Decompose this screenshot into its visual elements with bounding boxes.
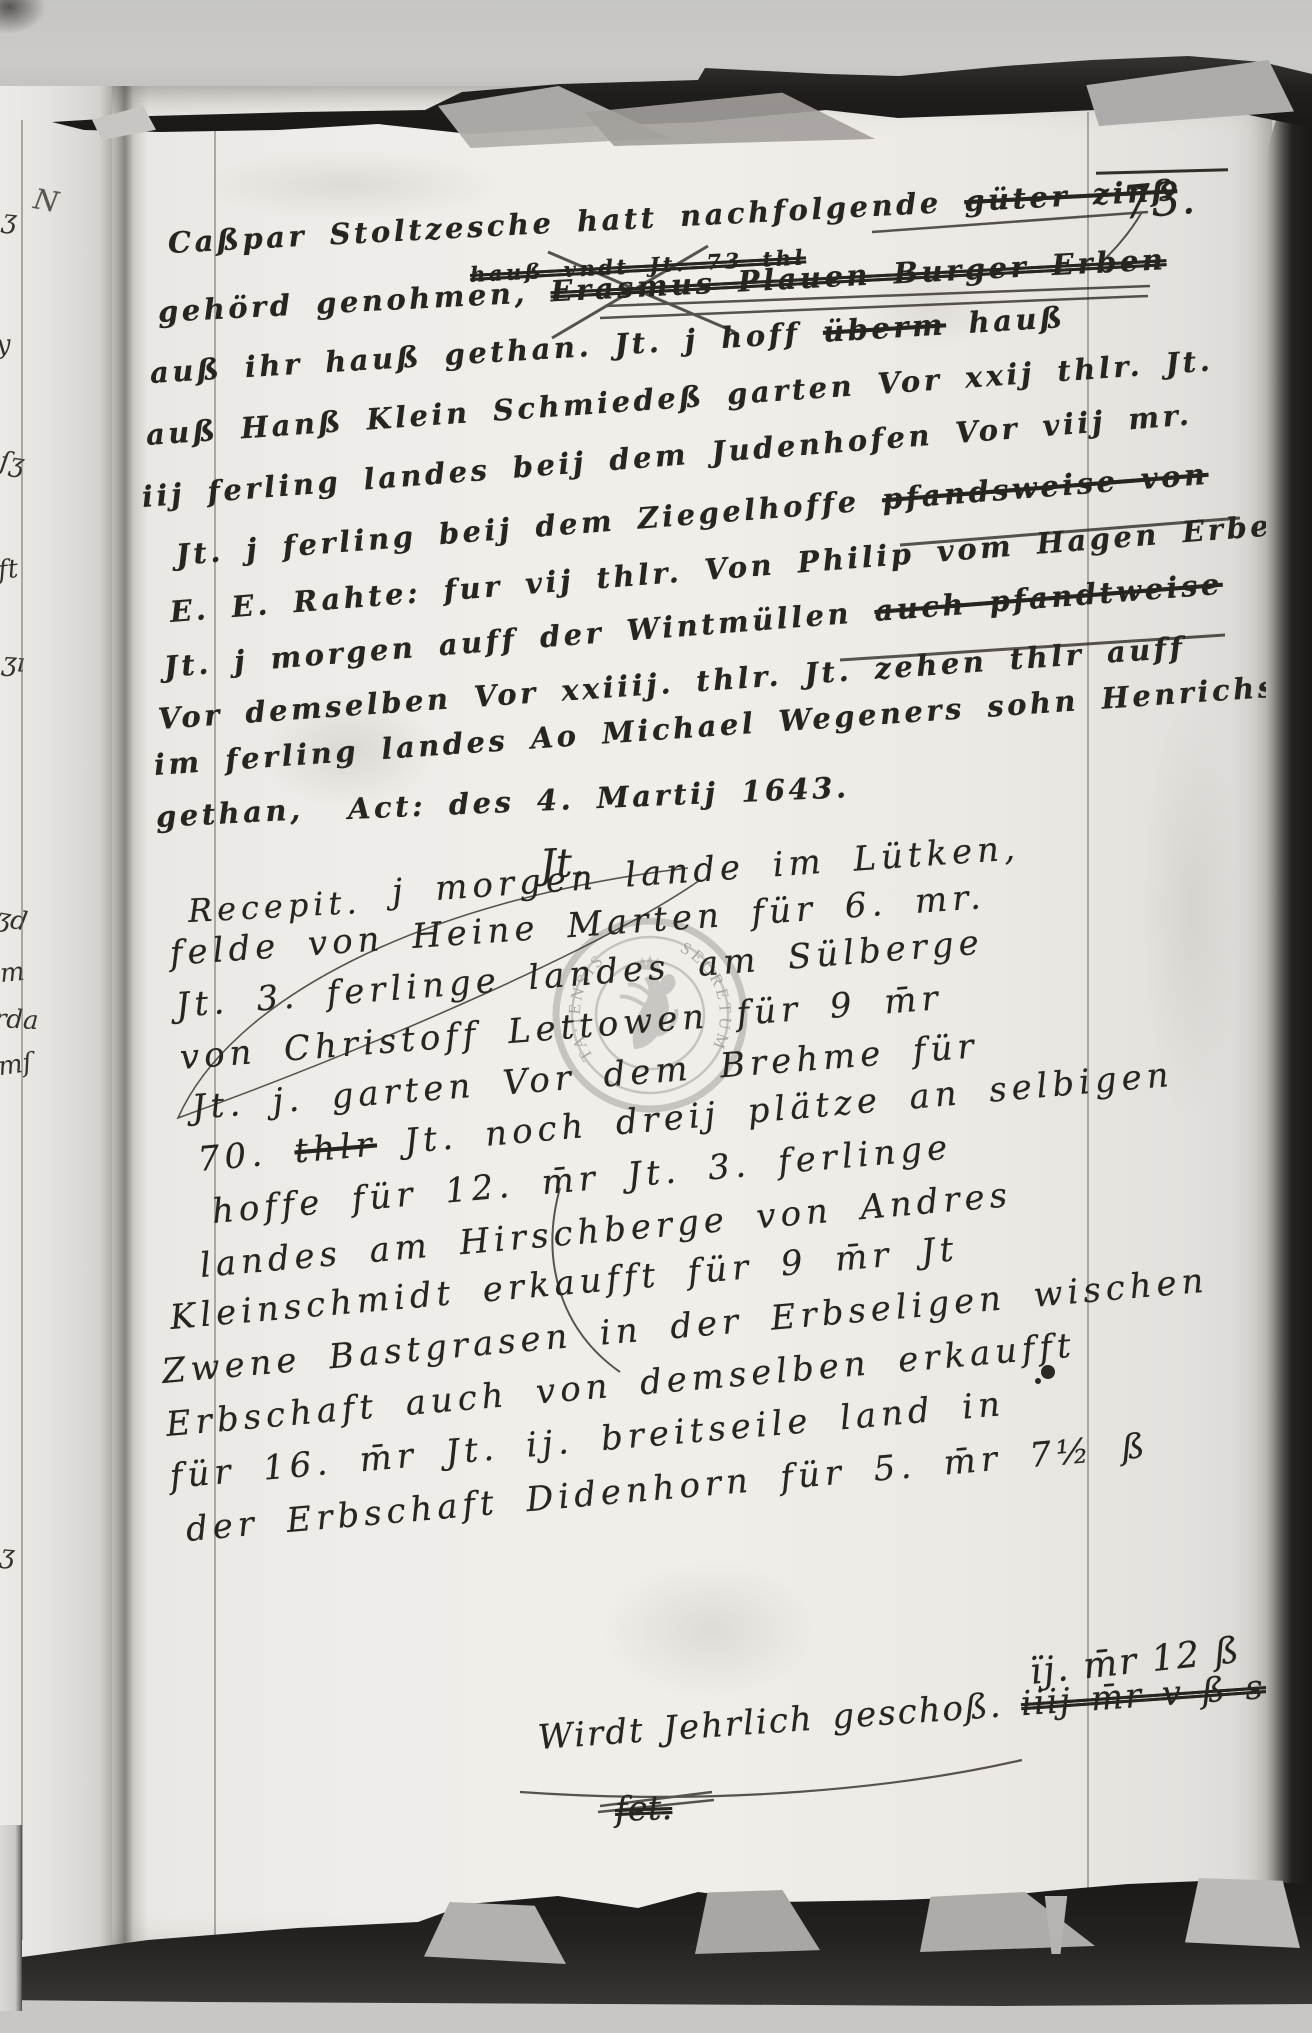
scan-corner-shadow xyxy=(0,0,46,34)
margin-fragment: y xyxy=(0,330,12,361)
book-cover-edge xyxy=(0,1825,22,2011)
pencil-mark: N xyxy=(31,182,61,219)
margin-fragment: rda xyxy=(0,1004,39,1036)
margin-fragment: ʒ xyxy=(0,1539,16,1570)
struck-text: thlr xyxy=(293,1124,379,1171)
scan-background-bottom xyxy=(0,2002,1312,2033)
cancelled-word: fet. xyxy=(614,1788,673,1830)
manuscript-scan: ʒ y ſʒ ft ʒı ʒd m rda mſ ʒ SECRETUM TA·I… xyxy=(0,0,1312,2033)
line-text: hauß xyxy=(945,300,1066,341)
paper-stain xyxy=(600,1560,820,1700)
margin-fragment: ʒd xyxy=(0,903,30,938)
margin-fragment: mſ xyxy=(0,1048,34,1082)
ruled-margin-line xyxy=(21,120,23,1940)
struck-text: fet. xyxy=(614,1788,673,1830)
previous-page-edge: ʒ y ſʒ ft ʒı ʒd m rda mſ ʒ xyxy=(0,86,112,1962)
torn-paper-wedge xyxy=(1185,1878,1300,1948)
ruled-margin-line xyxy=(214,118,216,1942)
page-right-edge xyxy=(1266,86,1312,1962)
margin-fragment: ʒ xyxy=(0,204,18,235)
page-gutter xyxy=(100,86,148,1962)
line-text: 70. xyxy=(196,1132,296,1180)
margin-fragment: ft xyxy=(0,554,20,586)
paper-stain xyxy=(200,150,500,220)
